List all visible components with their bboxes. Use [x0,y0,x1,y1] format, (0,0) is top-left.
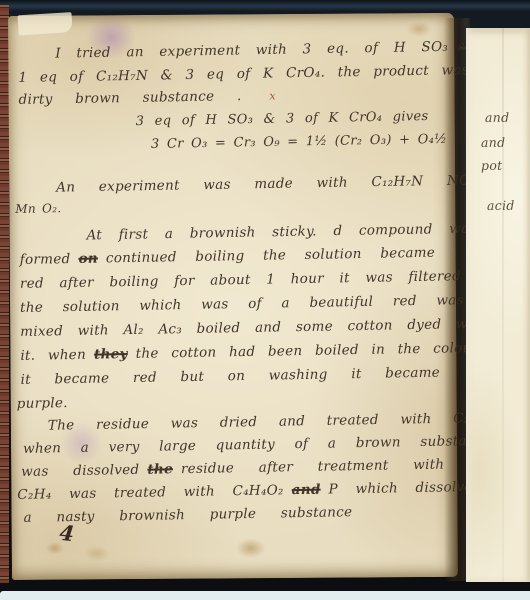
handwriting-line: it. whentheythe cotton had been boiled i… [20,340,478,364]
handwriting-line: At first a brownish sticky. d compound w… [86,221,476,244]
handwriting-text: At first a brownish sticky. d compound w… [86,221,476,244]
equation-line: 3 eq of H SO₃ & 3 of K CrO₄ gives [136,109,429,129]
foxing-spot [406,21,432,37]
handwriting-line: dirty brown substance .x [18,87,276,107]
handwriting-text: dirty brown substance . [18,88,241,108]
struck-word: on [78,251,98,267]
handwriting-fragment: and [485,110,510,125]
struck-word: the [147,461,173,477]
handwriting-text: 3 Cr O₃ = Cr₃ O₉ = 1½ (Cr₂ O₃) + O₄½ [151,132,447,152]
handwriting-text: when a very large quantity of a brown su… [23,433,492,457]
handwriting-text: the solution which was of a beautiful re… [20,292,464,316]
handwriting-text: pot [481,158,503,173]
handwriting-fragment: and [481,135,506,150]
handwriting-text: it became red but on washing it became [20,365,440,388]
handwriting-text: purple. [17,395,68,412]
handwriting-text: residue after treatment with [181,457,445,478]
handwriting-fragment: pot [481,158,503,173]
handwriting-line: red after boiling for about 1 hour it wa… [20,268,461,292]
facing-page: and and pot acid [466,28,530,582]
handwriting-text: the cotton had been boiled in the colour [136,340,479,362]
ink-mark: x [269,89,276,102]
handwriting-line: mixed with Al₂ Ac₃ boiled and some cotto… [20,316,487,340]
handwriting-line: Mn O₂. [15,201,61,216]
struck-word: and [292,482,321,499]
handwriting-text: Mn O₂. [15,201,61,216]
handwriting-fragment: acid [487,198,515,213]
handwriting-text: C₂H₄ was treated with C₄H₄O₂ [17,482,284,503]
handwriting-line: The residue was dried and treated with C… [48,410,492,434]
handwriting-line: the solution which was of a beautiful re… [20,292,464,316]
handwriting-text: and [481,135,506,150]
foxing-spot [236,538,266,558]
handwriting-text: was dissolved [21,462,140,480]
handwriting-line: I tried an experiment with 3 eq. of H SO… [55,38,503,62]
handwriting-text: 4 [58,520,76,547]
handwriting-text: mixed with Al₂ Ac₃ boiled and some cotto… [20,316,487,340]
handwriting-text: 3 eq of H SO₃ & 3 of K CrO₄ gives [136,109,429,129]
equation-line: 3 Cr O₃ = Cr₃ O₉ = 1½ (Cr₂ O₃) + O₄½ [151,132,447,152]
handwriting-text: The residue was dried and treated with C… [48,410,492,434]
handwriting-line: 1 eq of C₁₂H₇N & 3 eq of K CrO₄. the pro… [18,62,490,86]
page-corner-fold [18,12,73,35]
handwriting-text: it. when [20,347,86,364]
left-page: I tried an experiment with 3 eq. of H SO… [8,13,458,580]
struck-word: they [94,346,128,363]
handwriting-line: it became red but on washing it became [20,365,440,388]
handwriting-line: when a very large quantity of a brown su… [23,433,492,457]
handwriting-text: acid [487,198,515,213]
handwriting-line: formedoncontinued boiling the solution b… [20,245,436,268]
scan-bed-edge [0,591,530,600]
handwriting-line: C₂H₄ was treated with C₄H₄O₂andP which d… [17,479,482,503]
handwriting-line: purple. [17,395,68,412]
handwriting-text: I tried an experiment with 3 eq. of H SO… [55,39,448,62]
handwriting-text: formed [20,251,71,268]
handwriting-line: was dissolvedtheresidue after treatment … [21,457,444,480]
handwriting-text: 1 eq of C₁₂H₇N & 3 eq of K CrO₄. the pro… [18,62,490,86]
handwriting-text: continued boiling the solution became [106,245,435,267]
handwriting-text: and [485,110,510,125]
handwriting-text: red after boiling for about 1 hour it wa… [20,268,461,292]
notebook-photo: I tried an experiment with 3 eq. of H SO… [0,0,530,600]
pen-flourish: 4 [58,520,76,547]
foxing-spot [84,545,110,561]
